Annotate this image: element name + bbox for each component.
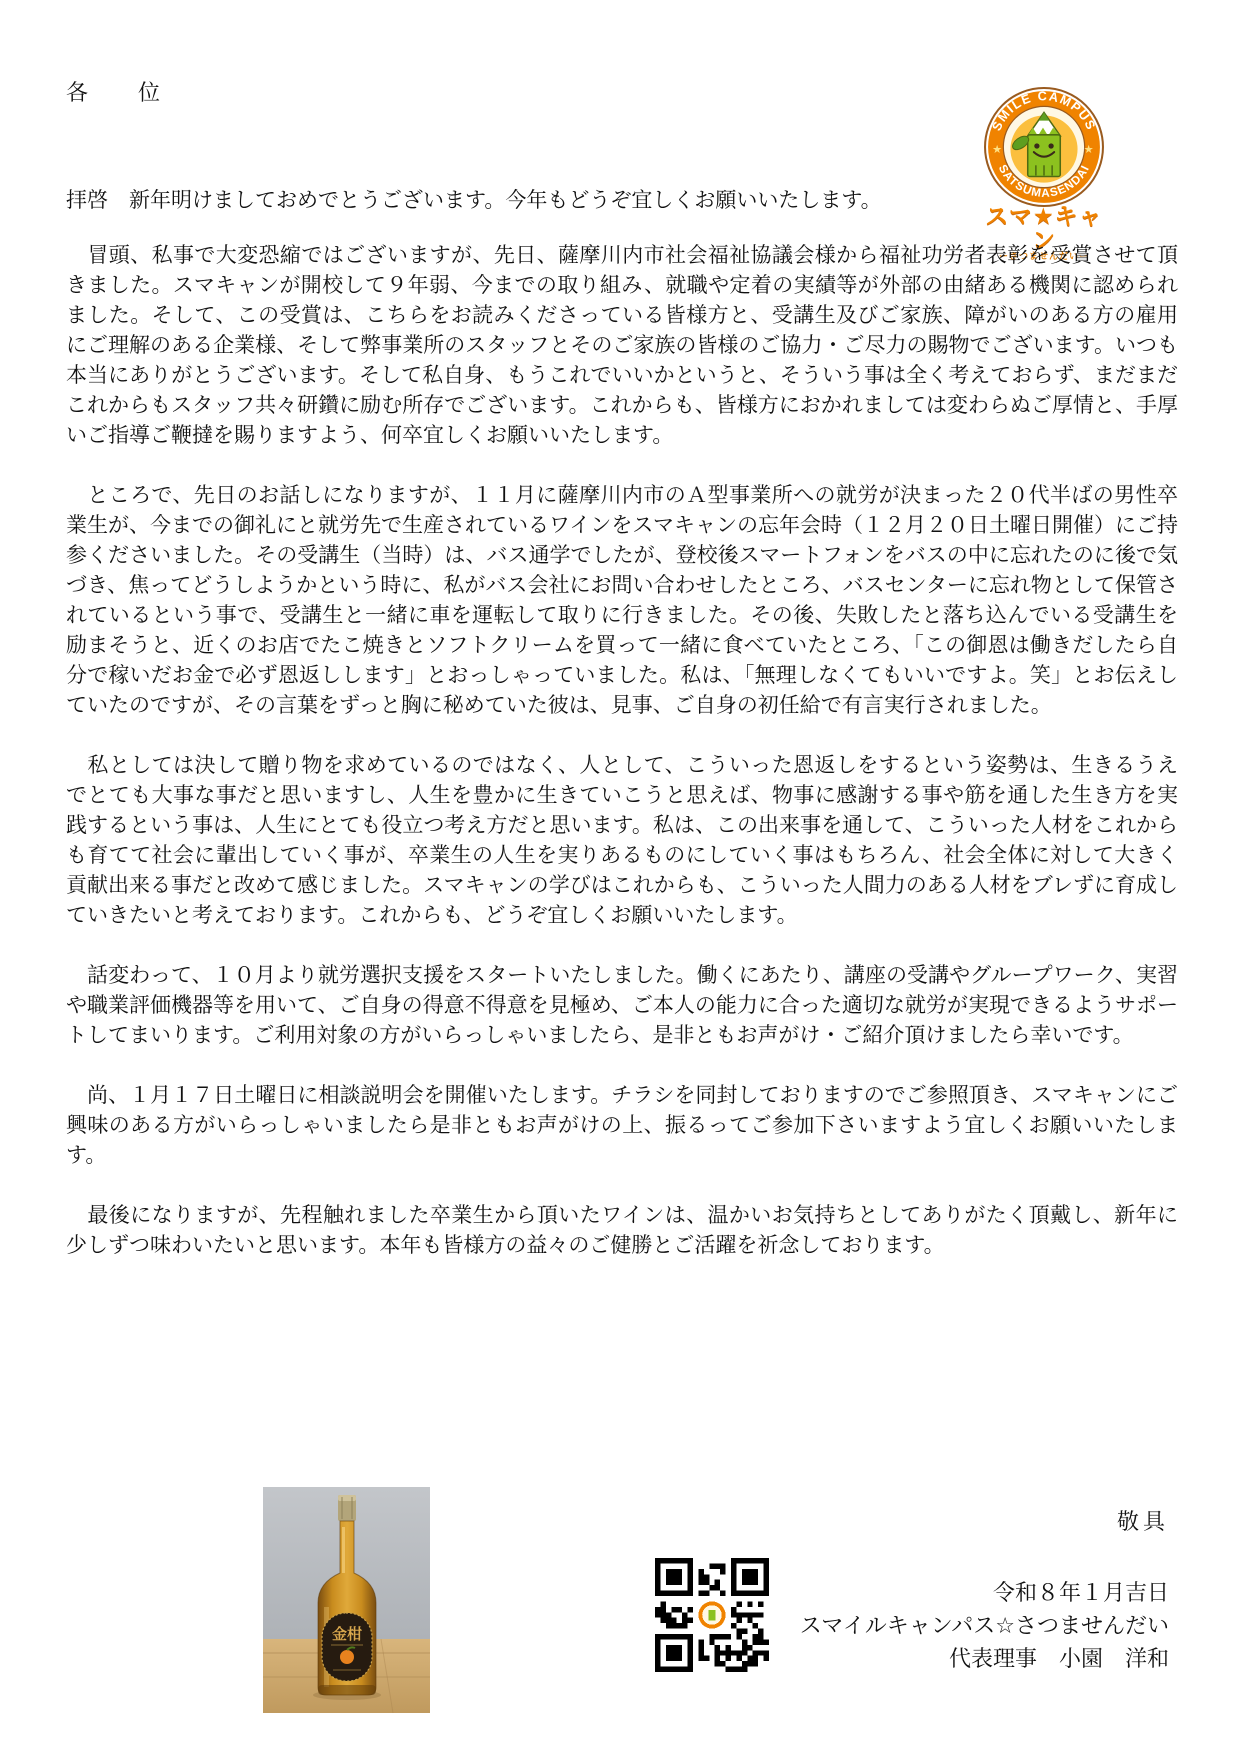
- paragraph-employment-support: 話変わって、１０月より就労選択支援をスタートいたしました。働くにあたり、講座の受…: [66, 961, 1178, 1051]
- signature-organization: スマイルキャンパス☆さつませんだい: [800, 1609, 1169, 1642]
- paragraph-graduate-story: ところで、先日のお話しになりますが、１１月に薩摩川内市のＡ型事業所への就労が決ま…: [66, 481, 1178, 721]
- recipient-line: 各 位: [66, 76, 162, 107]
- letter-page: 各 位 SMILE CAMPUS SATSUMASENDAI: [0, 0, 1241, 1755]
- signature-block: 令和８年１月吉日 スマイルキャンパス☆さつませんだい 代表理事 小園 洋和: [800, 1576, 1169, 1675]
- paragraph-information-session: 尚、１月１７日土曜日に相談説明会を開催いたします。チラシを同封しておりますのでご…: [66, 1081, 1178, 1171]
- paragraph-closing-remarks: 最後になりますが、先程触れました卒業生から頂いたワインは、温かいお気持ちとしてあ…: [66, 1201, 1178, 1261]
- logo-star-right-icon: ★: [1084, 144, 1094, 156]
- paragraph-award: 冒頭、私事で大変恐縮ではございますが、先日、薩摩川内市社会福祉協議会様から福祉功…: [66, 241, 1178, 451]
- bottle-label-text: 金柑: [332, 1625, 362, 1643]
- signature-representative: 代表理事 小園 洋和: [800, 1642, 1169, 1675]
- bottle-label: 金柑: [322, 1613, 372, 1681]
- qr-code: [655, 1558, 769, 1672]
- paragraph-reflection: 私としては決して贈り物を求めているのではなく、人として、こういった恩返しをすると…: [66, 751, 1178, 931]
- kumquat-wine-bottle-photo: 金柑: [263, 1487, 430, 1713]
- logo-star-left-icon: ★: [992, 144, 1002, 156]
- qr-center-logo-icon: [696, 1599, 727, 1630]
- closing-word: 敬具: [1117, 1505, 1169, 1536]
- greeting-line: 拝啓 新年明けましておめでとうございます。今年もどうぞ宜しくお願いいたします。: [66, 186, 1178, 216]
- letter-body: 拝啓 新年明けましておめでとうございます。今年もどうぞ宜しくお願いいたします。 …: [66, 186, 1178, 1291]
- signature-date: 令和８年１月吉日: [800, 1576, 1169, 1609]
